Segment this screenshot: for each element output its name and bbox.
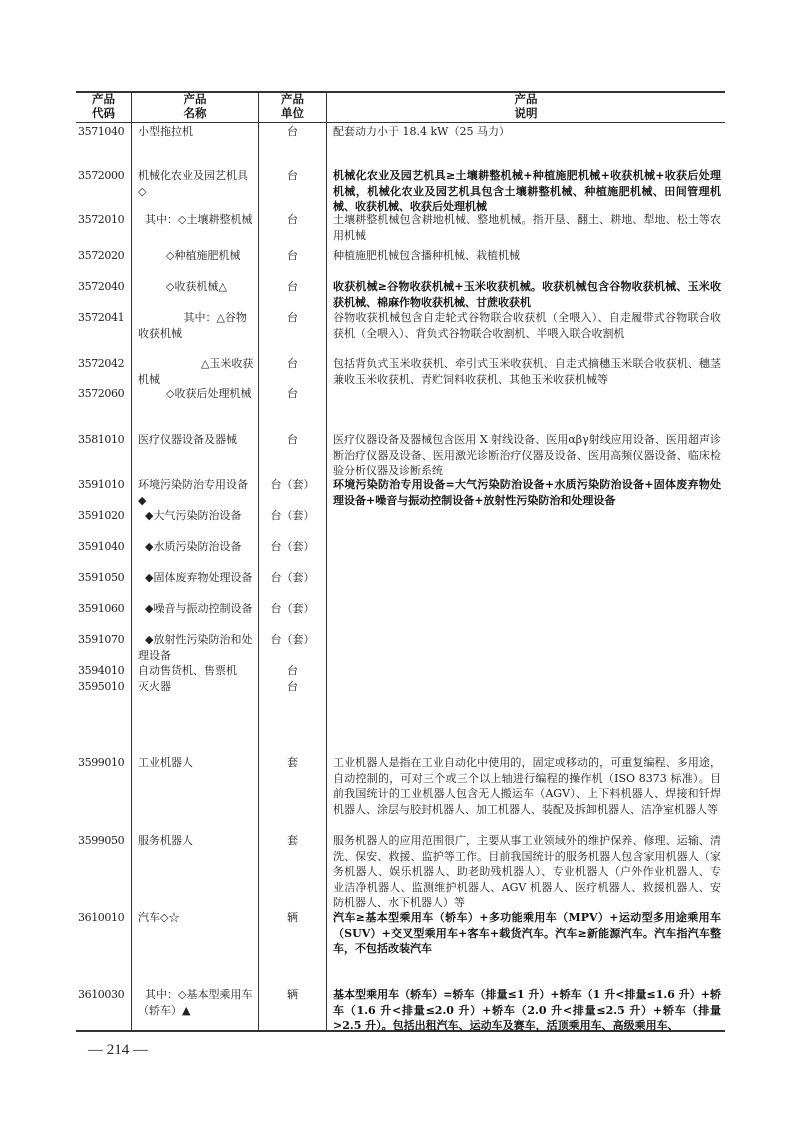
product-code: 3591050: [78, 570, 131, 586]
product-code: 3595010: [78, 679, 131, 695]
column-divider-unit: [326, 91, 327, 1031]
product-unit: 台: [260, 679, 325, 695]
product-code: 3572020: [78, 248, 131, 264]
product-description: 配套动力小于 18.4 kW（25 马力）: [333, 124, 721, 140]
product-name: 自动售货机、售票机: [138, 663, 256, 679]
page-number: — 214 —: [88, 1042, 148, 1059]
product-unit: 台: [260, 248, 325, 264]
product-description: 工业机器人是指在工业自动化中使用的，固定或移动的，可重复编程、多用途，自动控制的…: [333, 755, 721, 817]
product-unit: 台（套）: [260, 508, 325, 524]
product-code: 3591020: [78, 508, 131, 524]
product-unit: 台: [260, 310, 325, 326]
header-description: 产品 说明: [327, 92, 725, 120]
product-code: 3591070: [78, 632, 131, 648]
product-unit: 套: [260, 833, 325, 849]
product-code: 3572000: [78, 168, 131, 184]
product-code: 3610010: [78, 910, 131, 926]
product-description: 环境污染防治专用设备=大气污染防治设备+水质污染防治设备+固体废弃物处理设备+噪…: [333, 477, 721, 508]
product-code: 3581010: [78, 432, 131, 448]
product-description: 医疗仪器设备及器械包含医用 X 射线设备、医用αβγ射线应用设备、医用超声诊断治…: [333, 432, 721, 479]
product-name: ◆水质污染防治设备: [138, 539, 256, 555]
product-name: 汽车◇☆: [138, 910, 256, 926]
header-name: 产品 名称: [132, 92, 258, 120]
product-unit: 台: [260, 356, 325, 372]
header-unit-line2: 单位: [259, 106, 326, 120]
product-description: 服务机器人的应用范围很广，主要从事工业领域外的维护保养、修理、运输、清洗、保安、…: [333, 833, 721, 911]
product-description: 汽车≥基本型乘用车（轿车）+多功能乘用车（MPV）+运动型多用途乘用车（SUV）…: [333, 910, 721, 957]
product-code: 3591040: [78, 539, 131, 555]
product-unit: 套: [260, 755, 325, 771]
product-name: 灭火器: [138, 679, 256, 695]
table-header-rule: [76, 122, 725, 123]
product-code: 3591010: [78, 477, 131, 493]
product-unit: 台: [260, 124, 325, 140]
header-name-line2: 名称: [132, 106, 258, 120]
product-unit: 台（套）: [260, 539, 325, 555]
product-code: 3599050: [78, 833, 131, 849]
product-unit: 辆: [260, 987, 325, 1003]
header-name-line1: 产品: [132, 92, 258, 106]
product-code: 3572060: [78, 386, 131, 402]
product-code: 3572040: [78, 279, 131, 295]
product-code: 3599010: [78, 755, 131, 771]
header-unit-line1: 产品: [259, 92, 326, 106]
product-unit: 台（套）: [260, 477, 325, 493]
product-name: ◆放射性污染防治和处理设备: [138, 632, 256, 663]
header-code-line1: 产品: [76, 92, 131, 106]
product-name: 其中：◇基本型乘用车（轿车）▲: [138, 987, 256, 1018]
header-code-line2: 代码: [76, 106, 131, 120]
column-divider-code: [131, 91, 132, 1031]
product-description: 谷物收获机械包含自走轮式谷物联合收获机（全喂入）、自走履带式谷物联合收获机（全喂…: [333, 310, 721, 341]
product-name: ◇种植施肥机械: [138, 248, 256, 264]
product-code: 3571040: [78, 124, 131, 140]
column-divider-name: [258, 91, 259, 1031]
product-name: 小型拖拉机: [138, 124, 256, 140]
product-name: 服务机器人: [138, 833, 256, 849]
product-name: 环境污染防治专用设备◆: [138, 477, 256, 508]
header-desc-line1: 产品: [327, 92, 725, 106]
product-name: 医疗仪器设备及器械: [138, 432, 256, 448]
product-unit: 台: [260, 386, 325, 402]
product-code: 3594010: [78, 663, 131, 679]
product-unit: 台（套）: [260, 632, 325, 648]
header-unit: 产品 单位: [259, 92, 326, 120]
product-name: ◆噪音与振动控制设备: [138, 601, 256, 617]
product-name: △玉米收获机械: [138, 356, 256, 387]
product-unit: 台: [260, 663, 325, 679]
product-unit: 辆: [260, 910, 325, 926]
product-unit: 台: [260, 168, 325, 184]
product-unit: 台: [260, 212, 325, 228]
product-description: 基本型乘用车（轿车）=轿车（排量≤1 升）+轿车（1 升<排量≤1.6 升）+轿…: [333, 987, 721, 1034]
product-name: ◆固体废弃物处理设备: [138, 570, 256, 586]
product-code: 3610030: [78, 987, 131, 1003]
product-description: 种植施肥机械包含播种机械、栽植机械: [333, 248, 721, 264]
product-description: 收获机械≥谷物收获机械+玉米收获机械。收获机械包含谷物收获机械、玉米收获机械、棉…: [333, 279, 721, 310]
product-name: 工业机器人: [138, 755, 256, 771]
document-page: 产品 代码 产品 名称 产品 单位 产品 说明 3571040小型拖拉机台配套动…: [0, 0, 793, 1122]
product-description: 机械化农业及园艺机具≥土壤耕整机械+种植施肥机械+收获机械+收获后处理机械，机械…: [333, 168, 721, 215]
product-unit: 台（套）: [260, 570, 325, 586]
product-code: 3572041: [78, 310, 131, 326]
product-code: 3591060: [78, 601, 131, 617]
product-name: 其中：◇土壤耕整机械: [138, 212, 256, 228]
product-code: 3572010: [78, 212, 131, 228]
header-desc-line2: 说明: [327, 106, 725, 120]
product-unit: 台: [260, 279, 325, 295]
product-name: ◇收获机械△: [138, 279, 256, 295]
product-name: ◇收获后处理机械: [138, 386, 256, 402]
product-unit: 台: [260, 432, 325, 448]
header-code: 产品 代码: [76, 92, 131, 120]
product-name: 其中：△谷物收获机械: [138, 310, 256, 341]
product-code: 3572042: [78, 356, 131, 372]
product-unit: 台（套）: [260, 601, 325, 617]
product-description: 包括背负式玉米收获机、牵引式玉米收获机、自走式摘穗玉米联合收获机、穗茎兼收玉米收…: [333, 356, 721, 387]
product-name: ◆大气污染防治设备: [138, 508, 256, 524]
product-name: 机械化农业及园艺机具◇: [138, 168, 256, 199]
product-description: 土壤耕整机械包含耕地机械、整地机械。指开垦、翻土、耕地、犁地、松土等农用机械: [333, 212, 721, 243]
